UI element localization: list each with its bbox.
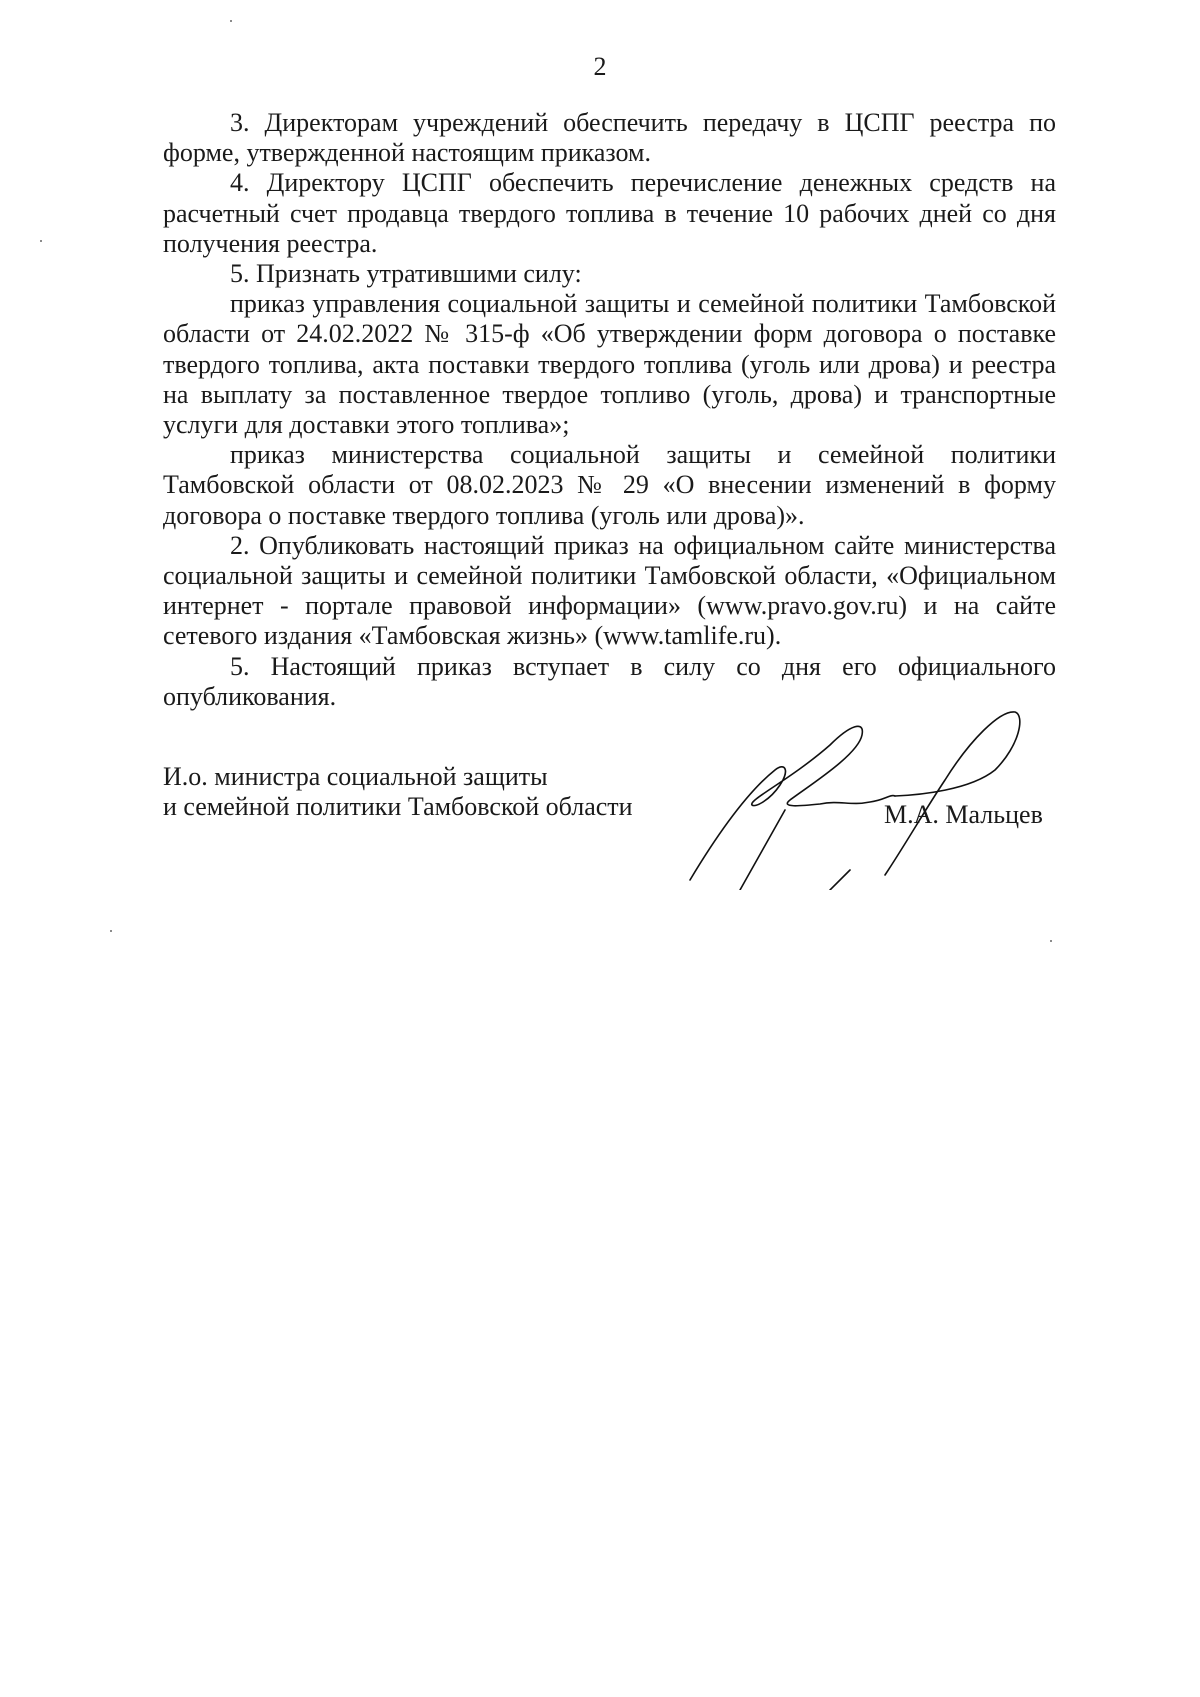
signatory-position-line2: и семейной политики Тамбовской области bbox=[163, 792, 633, 822]
document-body: 3. Директорам учреждений обеспечить пере… bbox=[163, 108, 1056, 712]
scan-speck bbox=[40, 240, 42, 242]
paragraph-repealed-order-2: приказ министерства социальной защиты и … bbox=[163, 440, 1056, 531]
scan-speck bbox=[110, 930, 112, 932]
paragraph-item-4: 4. Директору ЦСПГ обеспечить перечислени… bbox=[163, 168, 1056, 259]
signatory-position-line1: И.о. министра социальной защиты bbox=[163, 762, 633, 792]
paragraph-publish: 2. Опубликовать настоящий приказ на офиц… bbox=[163, 531, 1056, 652]
paragraph-item-5: 5. Признать утратившими силу: bbox=[163, 259, 1056, 289]
signatory-name: М.А. Мальцев bbox=[884, 800, 1043, 830]
scan-speck bbox=[1050, 940, 1052, 942]
paragraph-item-3: 3. Директорам учреждений обеспечить пере… bbox=[163, 108, 1056, 168]
handwritten-signature-icon bbox=[680, 700, 1040, 890]
scan-speck bbox=[230, 20, 232, 22]
page-number: 2 bbox=[0, 52, 1200, 82]
signatory-position: И.о. министра социальной защиты и семейн… bbox=[163, 762, 633, 822]
paragraph-repealed-order-1: приказ управления социальной защиты и се… bbox=[163, 289, 1056, 440]
